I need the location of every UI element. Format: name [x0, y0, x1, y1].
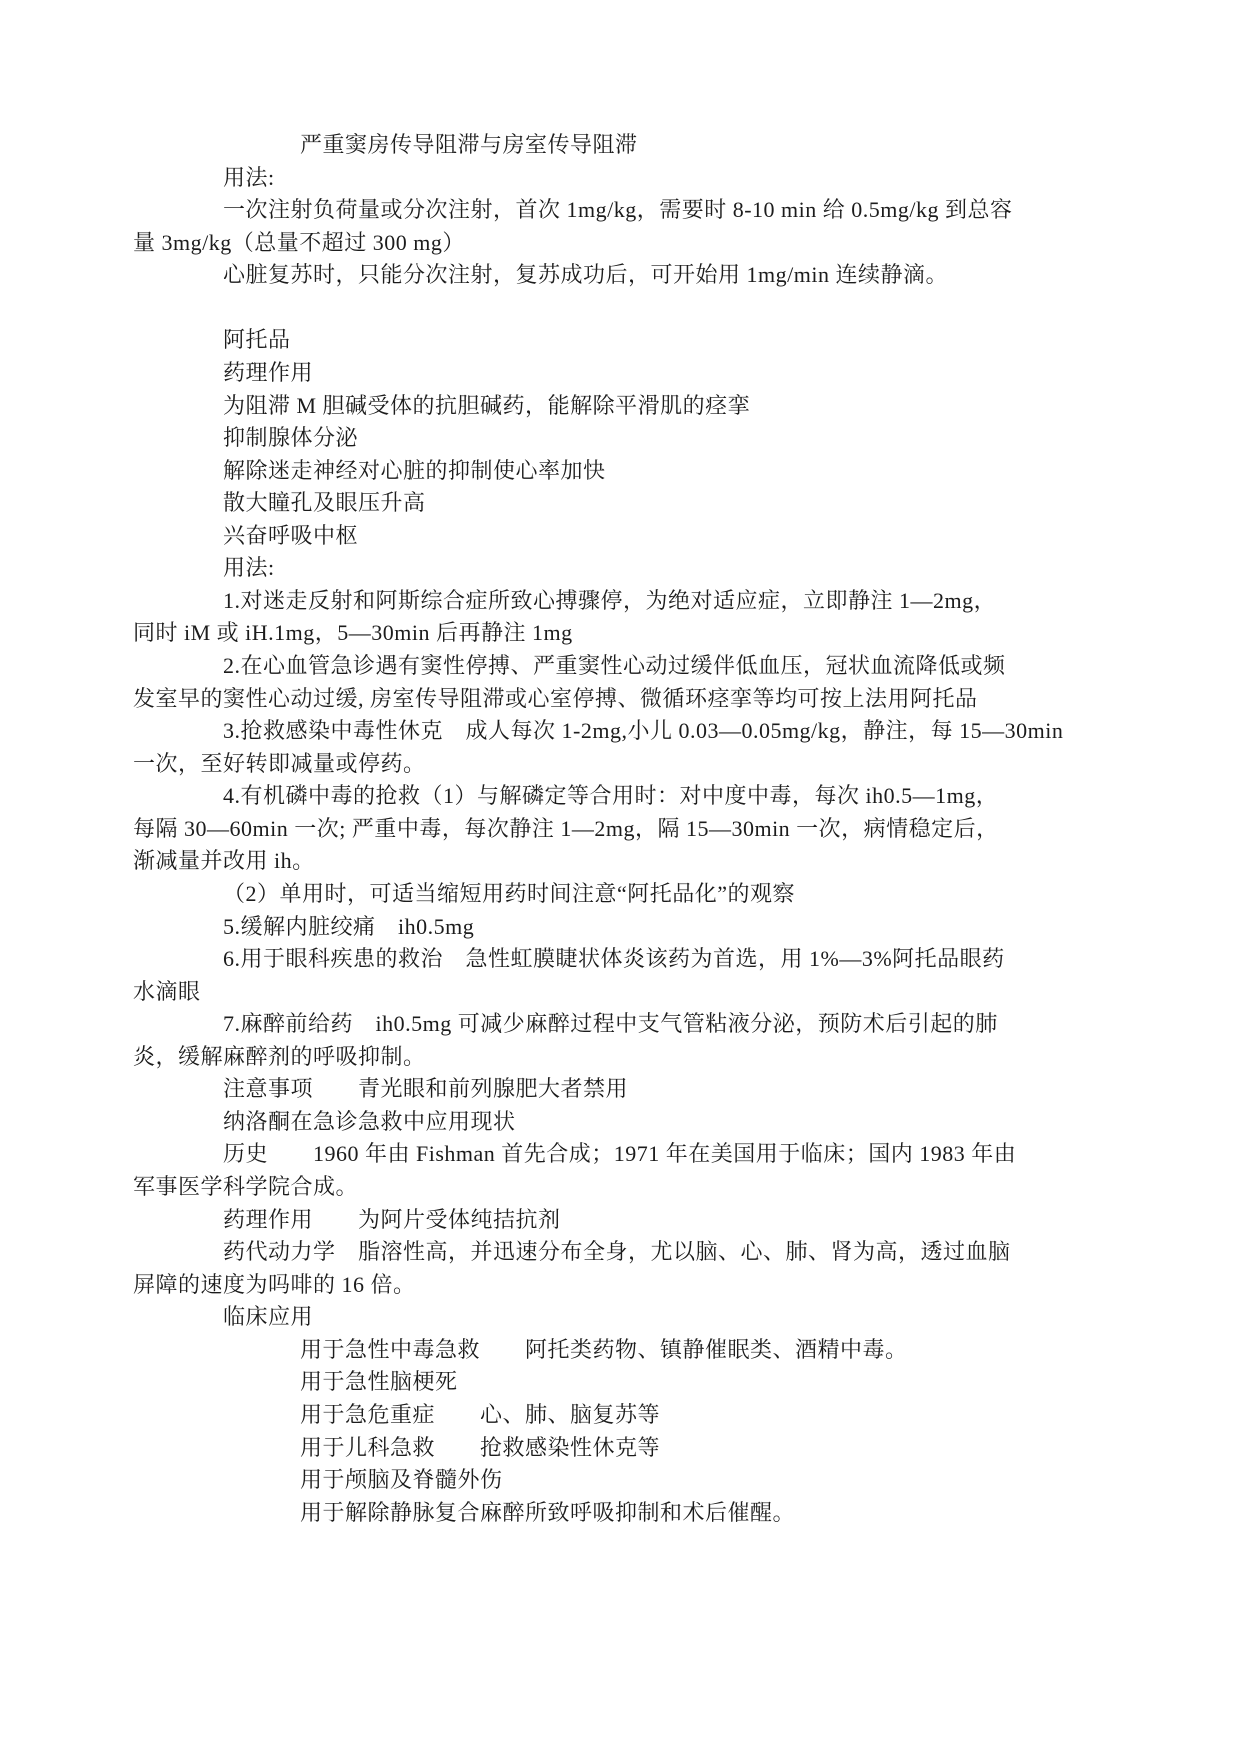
- line-text: 用于急危重症 心、肺、脑复苏等: [300, 1402, 660, 1427]
- text-line: 5.缓解内脏绞痛 ih0.5mg: [223, 911, 1133, 944]
- line-text: 注意事项 青光眼和前列腺肥大者禁用: [223, 1076, 628, 1101]
- text-line: 药代动力学 脂溶性高，并迅速分布全身，尤以脑、心、肺、肾为高，透过血脑: [223, 1236, 1133, 1269]
- text-line: 一次注射负荷量或分次注射，首次 1mg/kg，需要时 8-10 min 给 0.…: [223, 194, 1133, 227]
- text-line: 军事医学科学院合成。: [133, 1171, 1133, 1204]
- line-text: 抑制腺体分泌: [223, 425, 358, 450]
- document-page: 严重窦房传导阻滞与房室传导阻滞用法:一次注射负荷量或分次注射，首次 1mg/kg…: [0, 0, 1241, 1754]
- line-text: 阿托品: [223, 327, 291, 352]
- text-line: 用于急性脑梗死: [300, 1366, 1133, 1399]
- line-text: 用于解除静脉复合麻醉所致呼吸抑制和术后催醒。: [300, 1500, 795, 1525]
- line-text: 军事医学科学院合成。: [133, 1174, 358, 1199]
- text-line: 4.有机磷中毒的抢救（1）与解磷定等合用时：对中度中毒，每次 ih0.5—1mg…: [223, 780, 1133, 813]
- line-text: 用于急性脑梗死: [300, 1369, 458, 1394]
- line-text: 每隔 30—60min 一次; 严重中毒，每次静注 1—2mg，隔 15—30m…: [133, 816, 999, 841]
- line-text: 水滴眼: [133, 979, 201, 1004]
- text-line: 炎，缓解麻醉剂的呼吸抑制。: [133, 1041, 1133, 1074]
- text-line: 药理作用: [223, 357, 1133, 390]
- line-text: 用法:: [223, 165, 275, 190]
- text-line: 7.麻醉前给药 ih0.5mg 可减少麻醉过程中支气管粘液分泌，预防术后引起的肺: [223, 1008, 1133, 1041]
- line-text: 量 3mg/kg（总量不超过 300 mg）: [133, 230, 465, 255]
- text-line: 为阻滞 M 胆碱受体的抗胆碱药，能解除平滑肌的痉挛: [223, 390, 1133, 423]
- line-text: 纳洛酮在急诊急救中应用现状: [223, 1109, 516, 1134]
- text-line: 用于儿科急救 抢救感染性休克等: [300, 1432, 1133, 1465]
- line-text: 发室早的窦性心动过缓, 房室传导阻滞或心室停搏、微循环痉挛等均可按上法用阿托品: [133, 686, 978, 711]
- line-text: 炎，缓解麻醉剂的呼吸抑制。: [133, 1044, 426, 1069]
- text-line: 2.在心血管急诊遇有窦性停搏、严重窦性心动过缓伴低血压，冠状血流降低或频: [223, 650, 1133, 683]
- text-line: 同时 iM 或 iH.1mg，5—30min 后再静注 1mg: [133, 617, 1133, 650]
- text-line: （2）单用时，可适当缩短用药时间注意“阿托品化”的观察: [223, 878, 1133, 911]
- line-text: 5.缓解内脏绞痛 ih0.5mg: [223, 914, 474, 939]
- text-line: 纳洛酮在急诊急救中应用现状: [223, 1106, 1133, 1139]
- line-text: 散大瞳孔及眼压升高: [223, 490, 426, 515]
- text-line: 历史 1960 年由 Fishman 首先合成；1971 年在美国用于临床；国内…: [223, 1138, 1133, 1171]
- text-line: 每隔 30—60min 一次; 严重中毒，每次静注 1—2mg，隔 15—30m…: [133, 813, 1133, 846]
- line-text: 用于儿科急救 抢救感染性休克等: [300, 1435, 660, 1460]
- line-text: 解除迷走神经对心脏的抑制使心率加快: [223, 458, 606, 483]
- line-text: 药理作用 为阿片受体纯拮抗剂: [223, 1207, 561, 1232]
- line-text: 一次，至好转即减量或停药。: [133, 751, 426, 776]
- line-text: （2）单用时，可适当缩短用药时间注意“阿托品化”的观察: [223, 881, 795, 906]
- line-text: 7.麻醉前给药 ih0.5mg 可减少麻醉过程中支气管粘液分泌，预防术后引起的肺: [223, 1011, 998, 1036]
- line-text: 一次注射负荷量或分次注射，首次 1mg/kg，需要时 8-10 min 给 0.…: [223, 197, 1013, 222]
- line-text: 药代动力学 脂溶性高，并迅速分布全身，尤以脑、心、肺、肾为高，透过血脑: [223, 1239, 1011, 1264]
- text-line: 用法:: [223, 552, 1133, 585]
- line-text: 用于急性中毒急救 阿托类药物、镇静催眠类、酒精中毒。: [300, 1337, 908, 1362]
- line-text: 4.有机磷中毒的抢救（1）与解磷定等合用时：对中度中毒，每次 ih0.5—1mg…: [223, 783, 998, 808]
- text-line: 6.用于眼科疾患的救治 急性虹膜睫状体炎该药为首选，用 1%—3%阿托品眼药: [223, 943, 1133, 976]
- line-text: 同时 iM 或 iH.1mg，5—30min 后再静注 1mg: [133, 620, 573, 645]
- text-line: 发室早的窦性心动过缓, 房室传导阻滞或心室停搏、微循环痉挛等均可按上法用阿托品: [133, 683, 1133, 716]
- line-text: 用于颅脑及脊髓外伤: [300, 1467, 503, 1492]
- text-line: 用于解除静脉复合麻醉所致呼吸抑制和术后催醒。: [300, 1497, 1133, 1530]
- line-text: 临床应用: [223, 1304, 313, 1329]
- text-line: 1.对迷走反射和阿斯综合症所致心搏骤停，为绝对适应症，立即静注 1—2mg，: [223, 585, 1133, 618]
- line-text: 1.对迷走反射和阿斯综合症所致心搏骤停，为绝对适应症，立即静注 1—2mg，: [223, 588, 996, 613]
- line-text: 兴奋呼吸中枢: [223, 523, 358, 548]
- line-text: 屏障的速度为吗啡的 16 倍。: [133, 1272, 416, 1297]
- text-line: [223, 292, 1133, 325]
- text-line: 兴奋呼吸中枢: [223, 520, 1133, 553]
- line-text: 用法:: [223, 555, 275, 580]
- line-text: 6.用于眼科疾患的救治 急性虹膜睫状体炎该药为首选，用 1%—3%阿托品眼药: [223, 946, 1005, 971]
- text-line: 抑制腺体分泌: [223, 422, 1133, 455]
- text-line: 屏障的速度为吗啡的 16 倍。: [133, 1269, 1133, 1302]
- document-body: 严重窦房传导阻滞与房室传导阻滞用法:一次注射负荷量或分次注射，首次 1mg/kg…: [133, 129, 1133, 1529]
- text-line: 用法:: [223, 162, 1133, 195]
- text-line: 药理作用 为阿片受体纯拮抗剂: [223, 1204, 1133, 1237]
- line-text: 2.在心血管急诊遇有窦性停搏、严重窦性心动过缓伴低血压，冠状血流降低或频: [223, 653, 1006, 678]
- text-line: 阿托品: [223, 324, 1133, 357]
- text-line: 解除迷走神经对心脏的抑制使心率加快: [223, 455, 1133, 488]
- text-line: 量 3mg/kg（总量不超过 300 mg）: [133, 227, 1133, 260]
- text-line: 注意事项 青光眼和前列腺肥大者禁用: [223, 1073, 1133, 1106]
- text-line: 一次，至好转即减量或停药。: [133, 748, 1133, 781]
- text-line: 3.抢救感染中毒性休克 成人每次 1-2mg,小儿 0.03—0.05mg/kg…: [223, 715, 1133, 748]
- text-line: 渐减量并改用 ih。: [133, 845, 1133, 878]
- line-text: 心脏复苏时，只能分次注射，复苏成功后，可开始用 1mg/min 连续静滴。: [223, 262, 948, 287]
- text-line: 临床应用: [223, 1301, 1133, 1334]
- text-line: 严重窦房传导阻滞与房室传导阻滞: [300, 129, 1133, 162]
- text-line: 用于颅脑及脊髓外伤: [300, 1464, 1133, 1497]
- line-text: 严重窦房传导阻滞与房室传导阻滞: [300, 132, 638, 157]
- line-text: 渐减量并改用 ih。: [133, 848, 315, 873]
- line-text: 3.抢救感染中毒性休克 成人每次 1-2mg,小儿 0.03—0.05mg/kg…: [223, 718, 1063, 743]
- text-line: 用于急性中毒急救 阿托类药物、镇静催眠类、酒精中毒。: [300, 1334, 1133, 1367]
- line-text: 药理作用: [223, 360, 313, 385]
- text-line: 水滴眼: [133, 976, 1133, 1009]
- line-text: 历史 1960 年由 Fishman 首先合成；1971 年在美国用于临床；国内…: [223, 1141, 1016, 1166]
- text-line: 心脏复苏时，只能分次注射，复苏成功后，可开始用 1mg/min 连续静滴。: [223, 259, 1133, 292]
- text-line: 用于急危重症 心、肺、脑复苏等: [300, 1399, 1133, 1432]
- text-line: 散大瞳孔及眼压升高: [223, 487, 1133, 520]
- line-text: 为阻滞 M 胆碱受体的抗胆碱药，能解除平滑肌的痉挛: [223, 393, 750, 418]
